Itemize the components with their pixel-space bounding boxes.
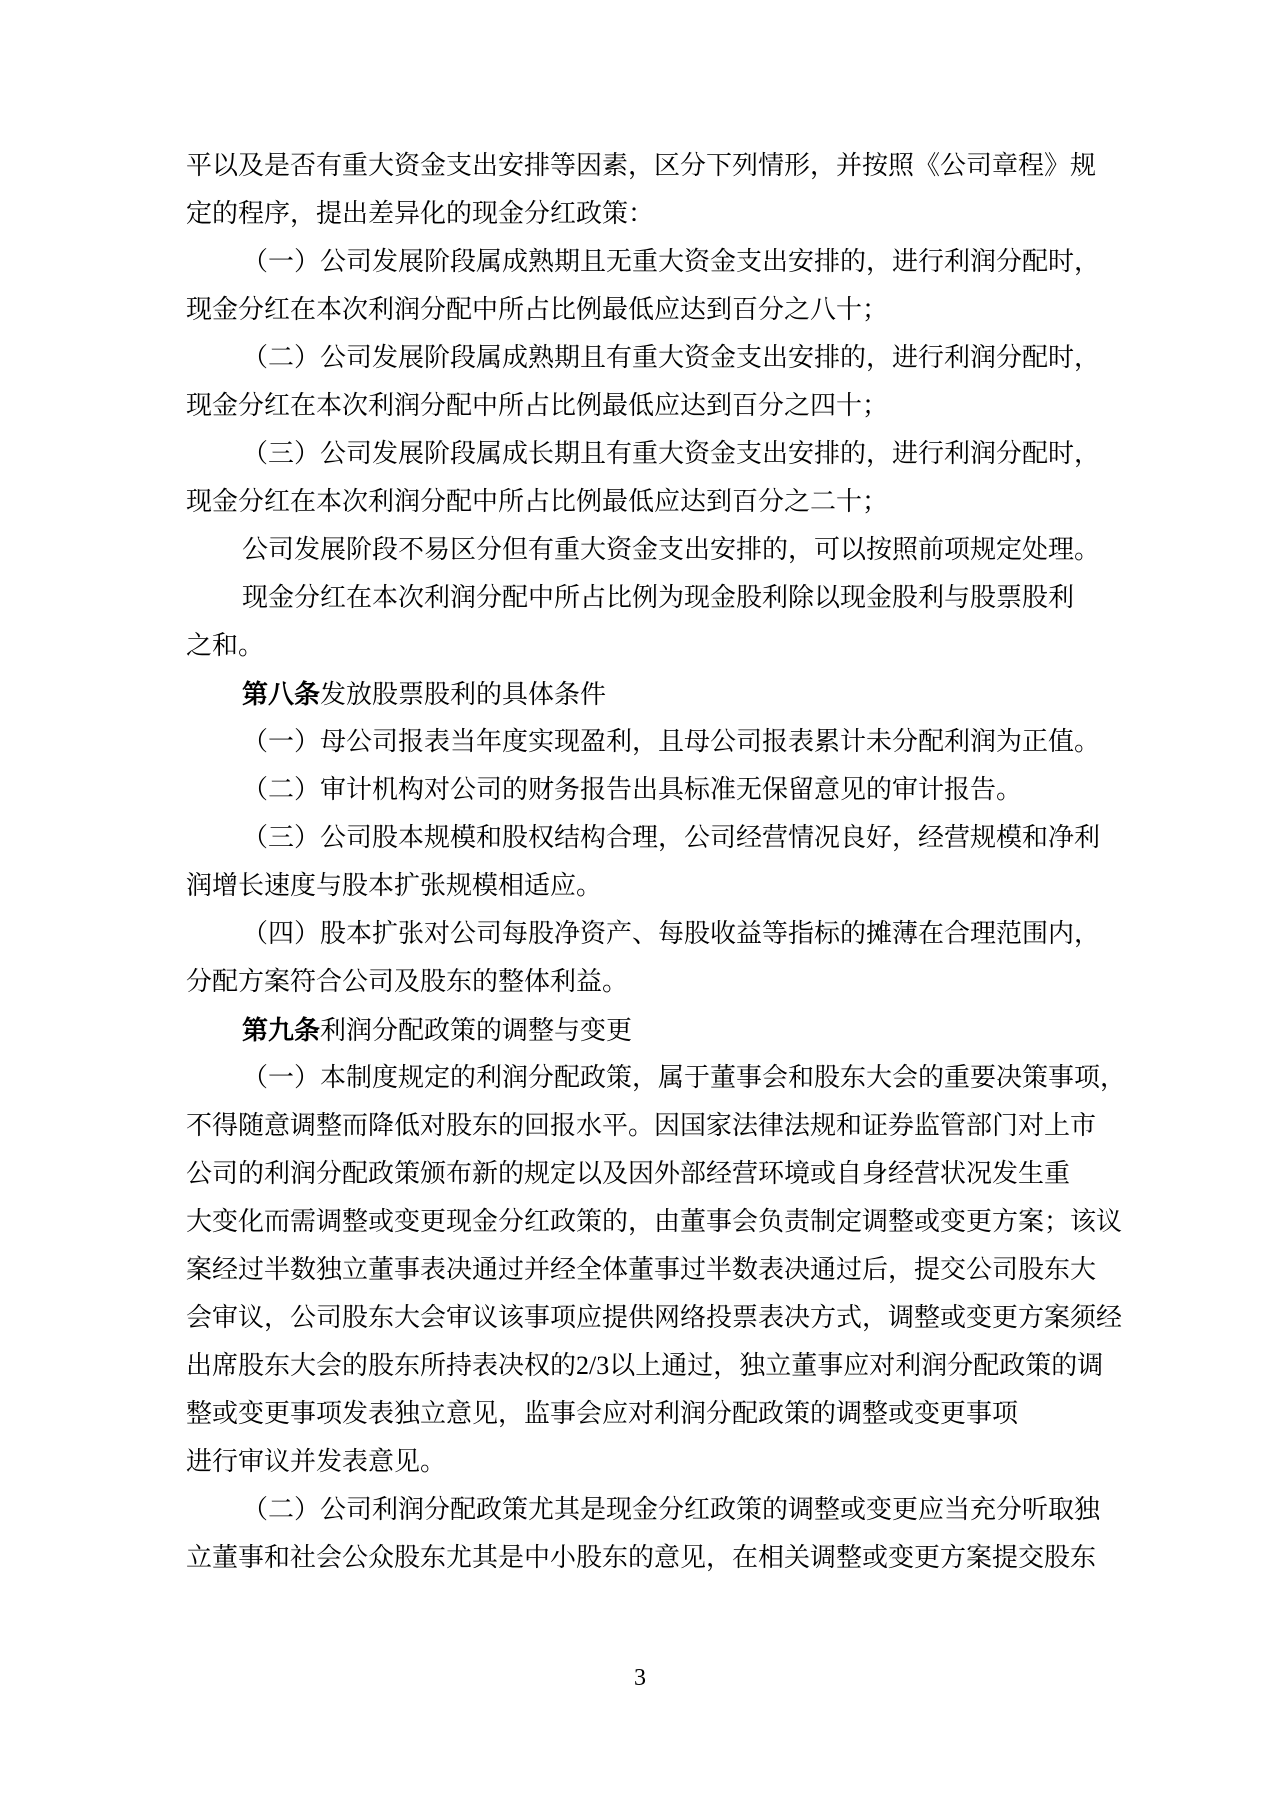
document-line: 公司的利润分配政策颁布新的规定以及因外部经营环境或自身经营状况发生重 — [186, 1150, 1108, 1198]
document-line: 现金分红在本次利润分配中所占比例最低应达到百分之八十； — [186, 286, 1108, 334]
document-line: （二）审计机构对公司的财务报告出具标准无保留意见的审计报告。 — [186, 766, 1108, 814]
document-line: 大变化而需调整或变更现金分红政策的，由董事会负责制定调整或变更方案；该议 — [186, 1198, 1108, 1246]
document-page: 平以及是否有重大资金支出安排等因素，区分下列情形，并按照《公司章程》规定的程序，… — [0, 0, 1280, 1812]
document-line: 整或变更事项发表独立意见，监事会应对利润分配政策的调整或变更事项 — [186, 1390, 1108, 1438]
document-line: （三）公司股本规模和股权结构合理，公司经营情况良好，经营规模和净利 — [186, 814, 1108, 862]
article-heading-line: 第九条利润分配政策的调整与变更 — [186, 1006, 1108, 1054]
article-number: 第九条 — [242, 1015, 320, 1045]
document-line: （二）公司发展阶段属成熟期且有重大资金支出安排的，进行利润分配时， — [186, 334, 1108, 382]
document-line: 之和。 — [186, 622, 1108, 670]
document-line: （一）公司发展阶段属成熟期且无重大资金支出安排的，进行利润分配时， — [186, 238, 1108, 286]
document-line: （一）本制度规定的利润分配政策，属于董事会和股东大会的重要决策事项， — [186, 1054, 1108, 1102]
document-line: 润增长速度与股本扩张规模相适应。 — [186, 862, 1108, 910]
document-line: 现金分红在本次利润分配中所占比例为现金股利除以现金股利与股票股利 — [186, 574, 1108, 622]
document-line: （一）母公司报表当年度实现盈利，且母公司报表累计未分配利润为正值。 — [186, 718, 1108, 766]
document-line: 现金分红在本次利润分配中所占比例最低应达到百分之二十； — [186, 478, 1108, 526]
document-line: 公司发展阶段不易区分但有重大资金支出安排的，可以按照前项规定处理。 — [186, 526, 1108, 574]
document-line: （三）公司发展阶段属成长期且有重大资金支出安排的，进行利润分配时， — [186, 430, 1108, 478]
document-line: （二）公司利润分配政策尤其是现金分红政策的调整或变更应当充分听取独 — [186, 1486, 1108, 1534]
document-line: 分配方案符合公司及股东的整体利益。 — [186, 958, 1108, 1006]
article-heading-line: 第八条发放股票股利的具体条件 — [186, 670, 1108, 718]
page-number: 3 — [0, 1654, 1280, 1702]
document-line: 现金分红在本次利润分配中所占比例最低应达到百分之四十； — [186, 382, 1108, 430]
document-line: 案经过半数独立董事表决通过并经全体董事过半数表决通过后，提交公司股东大 — [186, 1246, 1108, 1294]
document-body: 平以及是否有重大资金支出安排等因素，区分下列情形，并按照《公司章程》规定的程序，… — [186, 142, 1108, 1582]
document-line: 定的程序，提出差异化的现金分红政策： — [186, 190, 1108, 238]
document-line: 进行审议并发表意见。 — [186, 1438, 1108, 1486]
document-line: 出席股东大会的股东所持表决权的2/3以上通过，独立董事应对利润分配政策的调 — [186, 1342, 1108, 1390]
document-line: （四）股本扩张对公司每股净资产、每股收益等指标的摊薄在合理范围内， — [186, 910, 1108, 958]
document-line: 会审议，公司股东大会审议该事项应提供网络投票表决方式，调整或变更方案须经 — [186, 1294, 1108, 1342]
document-line: 平以及是否有重大资金支出安排等因素，区分下列情形，并按照《公司章程》规 — [186, 142, 1108, 190]
article-number: 第八条 — [242, 679, 320, 709]
document-line: 立董事和社会公众股东尤其是中小股东的意见，在相关调整或变更方案提交股东 — [186, 1534, 1108, 1582]
document-line: 不得随意调整而降低对股东的回报水平。因国家法律法规和证券监管部门对上市 — [186, 1102, 1108, 1150]
